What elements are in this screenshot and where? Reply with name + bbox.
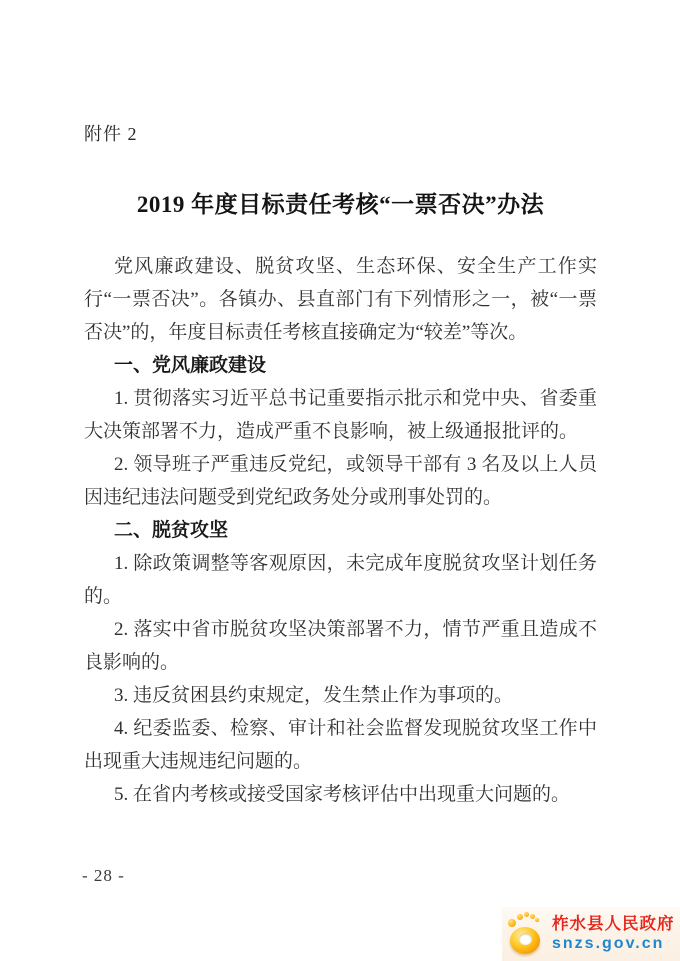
document-body: 党风廉政建设、脱贫攻坚、生态环保、安全生产工作实行“一票否决”。各镇办、县直部门… (84, 250, 597, 811)
gov-website-url: snzs.gov.cn (552, 936, 675, 952)
paragraph: 2. 领导班子严重违反党纪，或领导干部有 3 名及以上人员因违纪违法问题受到党纪… (84, 448, 597, 514)
document-page: 附件 2 2019 年度目标责任考核“一票否决”办法 党风廉政建设、脱贫攻坚、生… (0, 0, 680, 961)
paragraph: 1. 贯彻落实习近平总书记重要指示批示和党中央、省委重大决策部署不力，造成严重不… (84, 382, 597, 448)
paragraph: 3. 违反贫困县约束规定，发生禁止作为事项的。 (84, 679, 597, 712)
section-heading: 一、党风廉政建设 (84, 349, 597, 382)
paragraph: 2. 落实中省市脱贫攻坚决策部署不力，情节严重且造成不良影响的。 (84, 613, 597, 679)
paragraph: 党风廉政建设、脱贫攻坚、生态环保、安全生产工作实行“一票否决”。各镇办、县直部门… (84, 250, 597, 349)
attachment-label: 附件 2 (84, 120, 138, 146)
document-title: 2019 年度目标责任考核“一票否决”办法 (84, 186, 597, 219)
paragraph: 4. 纪委监委、检察、审计和社会监督发现脱贫攻坚工作中出现重大违规违纪问题的。 (84, 712, 597, 778)
paragraph: 1. 除政策调整等客观原因，未完成年度脱贫攻坚计划任务的。 (84, 547, 597, 613)
gov-site-watermark: 柞水县人民政府 snzs.gov.cn (502, 907, 680, 961)
section-heading: 二、脱贫攻坚 (84, 514, 597, 547)
footprint-icon (507, 912, 545, 956)
watermark-text: 柞水县人民政府 snzs.gov.cn (552, 916, 675, 953)
paragraph: 5. 在省内考核或接受国家考核评估中出现重大问题的。 (84, 778, 597, 811)
page-number: - 28 - (82, 866, 125, 886)
gov-org-name: 柞水县人民政府 (552, 916, 675, 933)
